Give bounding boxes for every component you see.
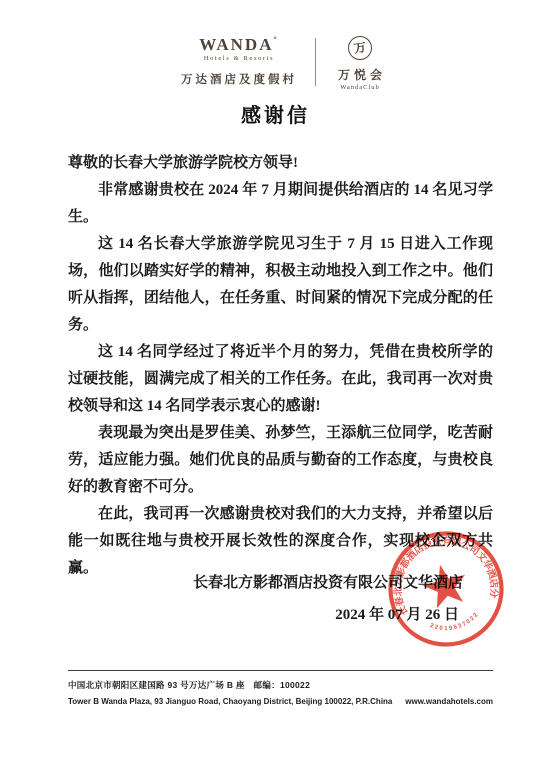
wandaclub-english-name: WandaClub [340,84,380,91]
footer-website: www.wandahotels.com [405,697,493,706]
wanda-trademark: ° [274,35,279,44]
letterhead: WANDA° Hotels & Resorts 万达酒店及度假村 万 万悦会 W… [8,36,551,91]
star-icon [419,559,472,610]
paragraph: 表现最为突出是罗佳美、孙梦竺，王添航三位同学，吃苦耐劳，适应能力强。她们优良的品… [68,420,493,501]
footer-address-cn: 中国北京市朝阳区建国路 93 号万达广场 B 座 邮编：100022 [68,679,493,691]
wandaclub-chinese-name: 万悦会 [334,66,386,83]
footer-divider [68,670,493,671]
paragraph: 这 14 名同学经过了将近半个月的努力，凭借在贵校所学的过硬技能，圆满完成了相关… [68,339,493,420]
paragraph: 非常感谢贵校在 2024 年 7 月期间提供给酒店的 14 名见习学生。 [68,177,493,231]
letter-body: 尊敬的长春大学旅游学院校方领导! 非常感谢贵校在 2024 年 7 月期间提供给… [68,150,493,582]
wanda-hotels-logo: WANDA° Hotels & Resorts 万达酒店及度假村 [181,36,297,87]
footer-address-en: Tower B Wanda Plaza, 93 Jianguo Road, Ch… [68,697,392,706]
salutation: 尊敬的长春大学旅游学院校方领导! [68,150,493,177]
wandaclub-logo: 万 万悦会 WandaClub [334,36,386,91]
thank-you-letter-page: WANDA° Hotels & Resorts 万达酒店及度假村 万 万悦会 W… [0,0,551,779]
wandaclub-emblem-icon: 万 [346,34,373,61]
page-title: 感谢信 [0,99,551,128]
logo-divider [315,38,316,86]
wanda-wordmark: WANDA° [199,36,278,53]
paragraph: 这 14 名长春大学旅游学院见习生于 7 月 15 日进入工作现场，他们以踏实好… [68,231,493,339]
wanda-subtitle: Hotels & Resorts [204,55,274,62]
footer-english-row: Tower B Wanda Plaza, 93 Jianguo Road, Ch… [68,697,493,706]
wanda-chinese-name: 万达酒店及度假村 [181,71,297,87]
wanda-brand-text: WANDA [199,35,273,54]
